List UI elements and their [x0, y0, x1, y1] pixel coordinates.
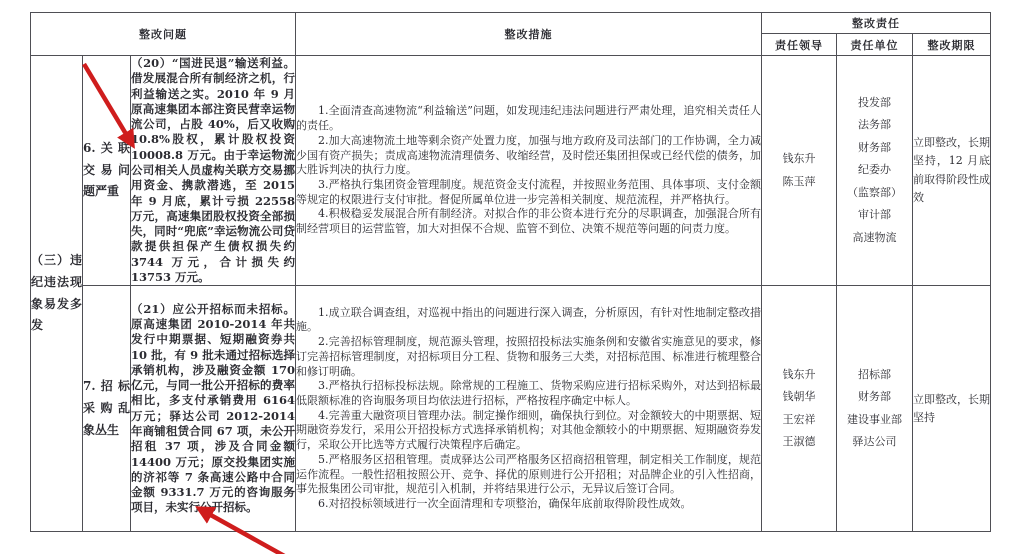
- name-line: （监察部）: [837, 182, 912, 205]
- measure: 6.对招投标领域进行一次全面清理和专项整治，确保年底前取得阶段性成效。: [296, 497, 761, 512]
- table-row-issue-6: （三）违纪违法现象易发多发 6.关联交易问题严重 （20）“国进民退”输送利益。…: [31, 56, 991, 286]
- deadline-text: 立即整改，长期坚持，12 月底前取得阶段性成效: [913, 134, 990, 207]
- scanned-rectification-table-page: 整改问题 整改措施 整改责任 责任领导 责任单位 整改期限 （三）违纪违法现象易…: [0, 0, 1024, 554]
- header-unit: 责任单位: [837, 34, 913, 56]
- header-deadline: 整改期限: [913, 34, 991, 56]
- category-cell: （三）违纪违法现象易发多发: [31, 56, 83, 532]
- table-row-issue-7: 7.招标采购乱象丛生 （21）应公开招标而未招标。原高速集团 2010-2014…: [31, 286, 991, 532]
- name-line: 建设事业部: [837, 409, 912, 432]
- header-problem: 整改问题: [31, 13, 296, 56]
- header-row-1: 整改问题 整改措施 整改责任: [31, 13, 991, 34]
- units-cell: 招标部财务部建设事业部驿达公司: [837, 286, 913, 532]
- issue-title-cell: 7.招标采购乱象丛生: [83, 286, 131, 532]
- name-line: 财务部: [837, 386, 912, 409]
- deadline-cell: 立即整改，长期坚持: [913, 286, 991, 532]
- name-line: 钱东升: [762, 148, 836, 171]
- name-line: 法务部: [837, 114, 912, 137]
- name-line: 财务部: [837, 137, 912, 160]
- category-label: （三）违纪违法现象易发多发: [31, 250, 82, 336]
- name-line: 王宏祥: [762, 409, 836, 432]
- measure: 5.严格服务区招租管理。责成驿达公司严格服务区招商招租管理，制定相关工作制度，规…: [296, 453, 761, 497]
- measure: 4.完善重大融资项目管理办法。制定操作细则，确保执行到位。对金额较大的中期票据、…: [296, 409, 761, 453]
- leaders-cell: 钱东升钱朝华王宏祥王淑德: [762, 286, 837, 532]
- header-responsibility: 整改责任: [762, 13, 991, 34]
- problem-cell: （20）“国进民退”输送利益。借发展混合所有制经济之机，行利益输送之实。2010…: [131, 56, 296, 286]
- name-line: 审计部: [837, 204, 912, 227]
- name-line: 投发部: [837, 92, 912, 115]
- measure: 2.加大高速物流土地等剩余资产处置力度，加强与地方政府及司法部门的工作协调，全力…: [296, 134, 761, 178]
- problem-cell: （21）应公开招标而未招标。原高速集团 2010-2014 年共发行中期票据、短…: [131, 286, 296, 532]
- issue-title: 7.招标采购乱象丛生: [83, 376, 130, 441]
- leaders-list: 钱东升陈玉萍: [762, 148, 836, 193]
- leaders-list: 钱东升钱朝华王宏祥王淑德: [762, 364, 836, 454]
- measure: 3.严格执行集团资金管理制度。规范资金支付流程，并按照业务范围、具体事项、支付金…: [296, 178, 761, 207]
- name-line: 招标部: [837, 364, 912, 387]
- units-cell: 投发部法务部财务部纪委办（监察部）审计部高速物流: [837, 56, 913, 286]
- name-line: 陈玉萍: [762, 171, 836, 194]
- name-line: 王淑德: [762, 431, 836, 454]
- measure: 1.成立联合调查组，对巡视中指出的问题进行深入调查，分析原因，有针对性地制定整改…: [296, 306, 761, 335]
- measures-cell: 1.全面清查高速物流“利益输送”问题，如发现违纪违法问题进行严肃处理，追究相关责…: [296, 56, 762, 286]
- measure: 1.全面清查高速物流“利益输送”问题，如发现违纪违法问题进行严肃处理，追究相关责…: [296, 104, 761, 133]
- rectification-table: 整改问题 整改措施 整改责任 责任领导 责任单位 整改期限 （三）违纪违法现象易…: [30, 12, 991, 532]
- name-line: 驿达公司: [837, 431, 912, 454]
- name-line: 钱朝华: [762, 386, 836, 409]
- name-line: 钱东升: [762, 364, 836, 387]
- issue-title-cell: 6.关联交易问题严重: [83, 56, 131, 286]
- header-measures: 整改措施: [296, 13, 762, 56]
- measure: 3.严格执行招标投标法规。除常规的工程施工、货物采购应进行招标采购外，对达到招标…: [296, 379, 761, 408]
- issue-title: 6.关联交易问题严重: [83, 138, 130, 203]
- measure: 4.积极稳妥发展混合所有制经济。对拟合作的非公资本进行充分的尽职调查，加强混合所…: [296, 207, 761, 236]
- header-leader: 责任领导: [762, 34, 837, 56]
- measure: 2.完善招标管理制度，规范源头管理，按照招投标法实施条例和安徽省实施意见的要求，…: [296, 335, 761, 379]
- deadline-text: 立即整改，长期坚持: [913, 391, 990, 427]
- measures-cell: 1.成立联合调查组，对巡视中指出的问题进行深入调查，分析原因，有针对性地制定整改…: [296, 286, 762, 532]
- deadline-cell: 立即整改，长期坚持，12 月底前取得阶段性成效: [913, 56, 991, 286]
- units-list: 招标部财务部建设事业部驿达公司: [837, 364, 912, 454]
- name-line: 纪委办: [837, 159, 912, 182]
- name-line: 高速物流: [837, 227, 912, 250]
- measures-list: 1.成立联合调查组，对巡视中指出的问题进行深入调查，分析原因，有针对性地制定整改…: [296, 306, 761, 512]
- units-list: 投发部法务部财务部纪委办（监察部）审计部高速物流: [837, 92, 912, 250]
- leaders-cell: 钱东升陈玉萍: [762, 56, 837, 286]
- measures-list: 1.全面清查高速物流“利益输送”问题，如发现违纪违法问题进行严肃处理，追究相关责…: [296, 104, 761, 237]
